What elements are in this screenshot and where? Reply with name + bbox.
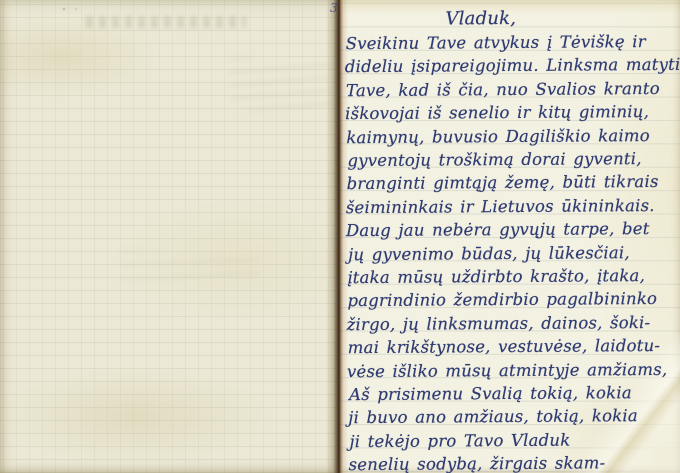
left-page <box>0 0 338 473</box>
handwriting-line: vėse išliko mūsų atmintyje amžiams, <box>347 358 668 381</box>
handwriting-line: iškovojai iš senelio ir kitų giminių, <box>345 101 649 124</box>
handwriting-line: dideliu įsipareigojimu. Linksma matyti <box>345 54 680 77</box>
bleed-through-smudge <box>86 16 246 28</box>
handwriting-block: Vladuk, Sveikinu Tave atvykus į Tėviškę … <box>338 0 680 473</box>
handwriting-line: Sveikinu Tave atvykus į Tėviškę ir <box>346 31 646 54</box>
handwriting-line: Tave, kad iš čia, nuo Svalios kranto <box>346 78 660 101</box>
handwriting-line: jų gyvenimo būdas, jų lūkesčiai, <box>348 242 630 265</box>
handwriting-line: Daug jau nebėra gyvųjų tarpe, bet <box>346 218 650 241</box>
page-number: 3 <box>330 1 338 15</box>
pencil-marks <box>60 7 82 11</box>
handwriting-line: kaimynų, buvusio Dagiliškio kaimo <box>346 125 650 148</box>
notebook-scan: 3 Vladuk, Sveikinu Tave atvykus į Tėvišk… <box>0 0 680 473</box>
salutation: Vladuk, <box>445 8 516 29</box>
handwriting-line: pagrindinio žemdirbio pagalbininko <box>347 288 657 311</box>
handwriting-line: senelių sodybą, žirgais skam- <box>349 453 606 473</box>
bleed-through-smudge <box>120 250 260 280</box>
handwriting-line: ji tekėjo pro Tavo Vladuk <box>349 429 570 452</box>
handwriting-line: šeimininkais ir Lietuvos ūkininkais. <box>346 195 655 218</box>
handwriting-line: Aš prisimenu Svalią tokią, kokia <box>349 382 632 405</box>
handwriting-line: žirgo, jų linksmumas, dainos, šoki- <box>347 312 651 335</box>
handwriting-line: įtaka mūsų uždirbto krašto, įtaka, <box>347 265 645 288</box>
handwriting-line: ji buvo ano amžiaus, tokią, kokia <box>348 406 638 429</box>
handwriting-line: gyventojų troškimą dorai gyventi, <box>347 148 641 171</box>
handwriting-line: mai krikštynose, vestuvėse, laidotu- <box>348 335 661 358</box>
bleed-through-smudge <box>230 58 330 110</box>
handwriting-line: branginti gimtąją žemę, būti tikrais <box>347 171 659 194</box>
